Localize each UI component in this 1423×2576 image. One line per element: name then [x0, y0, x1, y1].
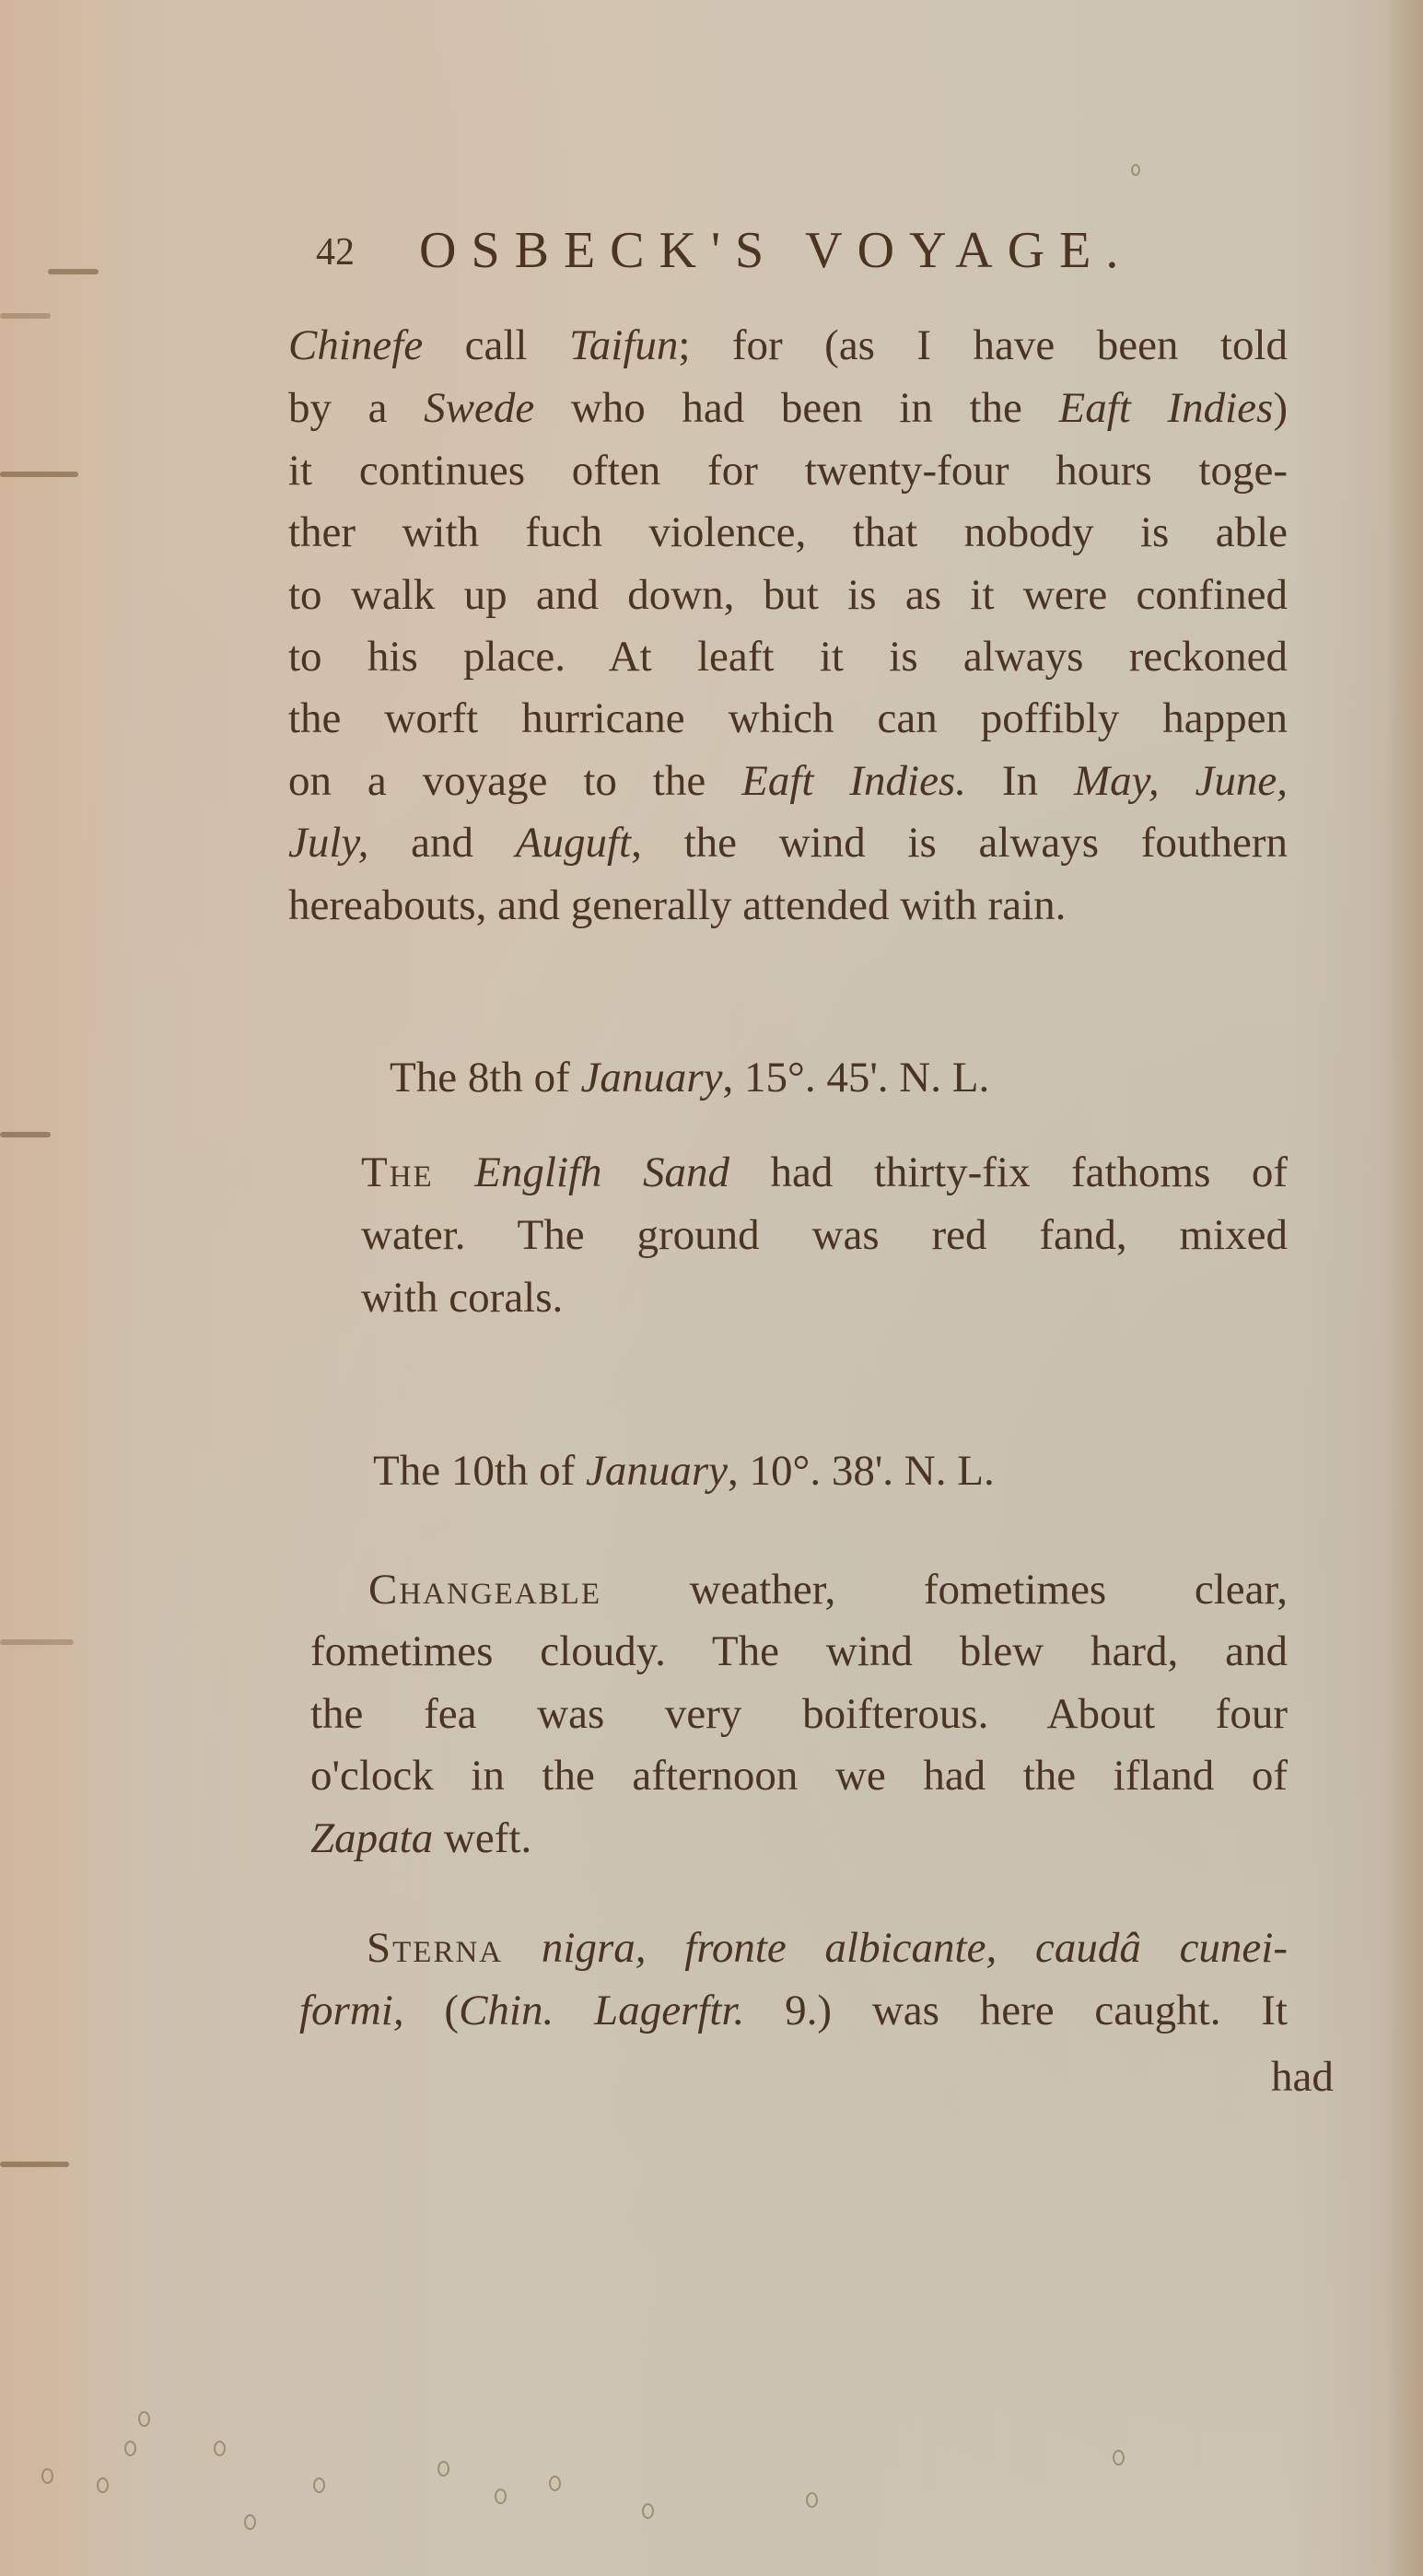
- page-edge-shading: [1386, 0, 1423, 2576]
- text-line: formi, (Chin. Lagerftr. 9.) was here cau…: [299, 1989, 1288, 2035]
- text-run: weather, fometimes clear,: [601, 1568, 1288, 1614]
- text-line: ther with fuch violence, that nobody is …: [288, 511, 1288, 557]
- heading-suffix: , 15°. 45'. N. L.: [723, 1054, 990, 1102]
- text-run: weft.: [433, 1814, 531, 1862]
- text-run: call: [423, 324, 569, 369]
- italic-run: Zapata: [310, 1814, 433, 1862]
- text-line: fometimes cloudy. The wind blew hard, an…: [310, 1630, 1288, 1676]
- italic-run: nigra, fronte albicante, caudâ cunei-: [542, 1927, 1288, 1972]
- paper-fleck: [214, 2441, 226, 2456]
- text-run: to walk up and down, but is as it were c…: [288, 574, 1288, 619]
- paper-fleck: [138, 2411, 150, 2427]
- text-run: ; for (as I have been told: [678, 324, 1288, 369]
- page-number: 42: [316, 230, 355, 274]
- paper-fleck: [549, 2476, 561, 2491]
- text-run: and: [368, 822, 515, 867]
- text-line: with corals.: [361, 1276, 563, 1320]
- running-title: OSBECK'S VOYAGE.: [419, 221, 1133, 280]
- small-caps-run: The: [361, 1151, 434, 1196]
- text-run: [434, 1151, 474, 1196]
- italic-run: Eaft Indies.: [741, 760, 966, 805]
- text-run: fometimes cloudy. The wind blew hard, an…: [310, 1630, 1288, 1675]
- text-run: the worft hurricane which can poffibly h…: [288, 697, 1288, 742]
- paper-fleck: [1113, 2450, 1125, 2465]
- text-line: hereabouts, and generally attended with …: [288, 884, 1066, 927]
- paper-fleck: [437, 2461, 449, 2477]
- small-caps-run: Sterna: [367, 1927, 503, 1972]
- date-heading-10th-january: The 10th of January, 10°. 38'. N. L.: [373, 1446, 995, 1496]
- text-line: o'clock in the afternoon we had the ifla…: [310, 1754, 1288, 1801]
- text-line: water. The ground was red fand, mixed: [361, 1214, 1288, 1260]
- margin-stain: [0, 472, 78, 477]
- page-header: 42 OSBECK'S VOYAGE.: [316, 221, 1329, 286]
- italic-run: Swede: [424, 387, 534, 432]
- text-run: [503, 1927, 542, 1972]
- text-line: July, and Auguft, the wind is always fou…: [288, 822, 1288, 868]
- italic-run: Englifh Sand: [474, 1151, 729, 1196]
- text-run: on a voyage to the: [288, 760, 741, 805]
- margin-stain: [0, 2162, 69, 2167]
- text-line: by a Swede who had been in the Eaft Indi…: [288, 387, 1288, 433]
- text-line: Chinefe call Taifun; for (as I have been…: [288, 324, 1288, 370]
- text-run: had thirty-fix fathoms of: [729, 1151, 1288, 1196]
- heading-prefix: The 8th of: [390, 1054, 581, 1102]
- paper-fleck: [41, 2468, 53, 2484]
- text-run: In: [966, 760, 1074, 805]
- paper-fleck: [313, 2477, 325, 2493]
- paper-fleck: [97, 2477, 109, 2493]
- book-page: 42 OSBECK'S VOYAGE. Chinefe call Taifun;…: [0, 0, 1423, 2576]
- text-run: by a: [288, 387, 424, 432]
- italic-run: Auguft: [516, 822, 631, 867]
- text-run: (: [404, 1989, 459, 2034]
- paper-fleck: [244, 2514, 256, 2530]
- text-run: with corals.: [361, 1274, 563, 1322]
- heading-month: January: [581, 1054, 723, 1102]
- italic-run: formi,: [299, 1989, 404, 2034]
- text-line: Zapata weft.: [310, 1817, 531, 1860]
- text-line: the worft hurricane which can poffibly h…: [288, 697, 1288, 743]
- text-run: to his place. At leaft it is always reck…: [288, 635, 1288, 681]
- paper-fleck: [124, 2441, 136, 2456]
- margin-stain: [48, 269, 99, 274]
- text-run: 9.) was here caught. It: [744, 1989, 1288, 2034]
- date-heading-8th-january: The 8th of January, 15°. 45'. N. L.: [390, 1053, 989, 1102]
- paper-fleck: [495, 2489, 507, 2504]
- italic-run: July,: [288, 822, 368, 867]
- text-run: o'clock in the afternoon we had the ifla…: [310, 1754, 1288, 1800]
- margin-stain: [0, 1639, 74, 1645]
- margin-stain: [0, 1132, 51, 1137]
- paper-fleck: [642, 2503, 654, 2519]
- text-run: it continues often for twenty-four hours…: [288, 449, 1288, 495]
- text-line: on a voyage to the Eaft Indies. In May, …: [288, 760, 1288, 806]
- text-run: hereabouts, and generally attended with …: [288, 881, 1066, 929]
- text-run: water. The ground was red fand, mixed: [361, 1214, 1288, 1259]
- italic-run: Chinefe: [288, 324, 423, 369]
- heading-month: January: [586, 1447, 728, 1495]
- text-run: who had been in the: [534, 387, 1058, 432]
- text-line: Sterna nigra, fronte albicante, caudâ cu…: [367, 1927, 1288, 1973]
- text-line: it continues often for twenty-four hours…: [288, 449, 1288, 495]
- paper-fleck: [806, 2492, 818, 2508]
- heading-prefix: The 10th of: [373, 1447, 586, 1495]
- catchword: had: [1271, 2052, 1334, 2102]
- page-gutter-shading: [0, 0, 138, 2576]
- text-line: The Englifh Sand had thirty-fix fathoms …: [361, 1151, 1288, 1197]
- text-run: the fea was very boifterous. About four: [310, 1693, 1288, 1738]
- text-line: to his place. At leaft it is always reck…: [288, 635, 1288, 682]
- italic-run: Eaft Indies: [1059, 387, 1274, 432]
- heading-suffix: , 10°. 38'. N. L.: [728, 1447, 995, 1495]
- italic-run: Taifun: [569, 324, 678, 369]
- text-run: ): [1273, 387, 1288, 432]
- paper-fleck: [1131, 164, 1140, 176]
- small-caps-run: Changeable: [368, 1568, 601, 1614]
- text-line: to walk up and down, but is as it were c…: [288, 574, 1288, 620]
- italic-run: Chin. Lagerftr.: [459, 1989, 744, 2034]
- text-line: Changeable weather, fometimes clear,: [368, 1568, 1288, 1614]
- margin-stain: [0, 313, 51, 319]
- italic-run: May, June,: [1074, 760, 1288, 805]
- text-run: , the wind is always fouthern: [631, 822, 1288, 867]
- text-line: the fea was very boifterous. About four: [310, 1693, 1288, 1739]
- text-run: ther with fuch violence, that nobody is …: [288, 511, 1288, 556]
